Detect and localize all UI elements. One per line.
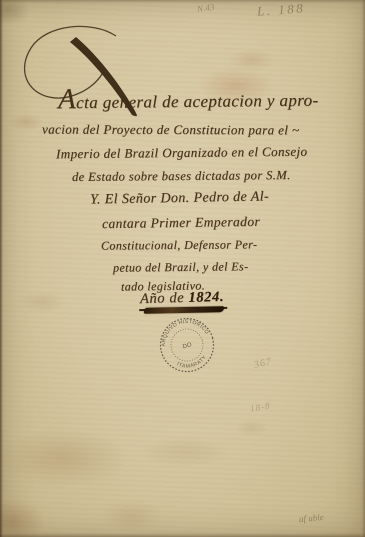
manuscript-line-5: Y. El Señor Don. Pedro de Al- (90, 189, 269, 208)
manuscript-line-7: Constitucional, Defensor Per- (101, 237, 257, 253)
stamp-arc-top-text: ARQUIVO HISTORICO (155, 313, 210, 348)
manuscript-line-3: Imperio del Brazil Organizado en el Cons… (56, 144, 308, 163)
year-value: 1824. (188, 289, 224, 306)
manuscript-page: N.43 L. 188 367 18-8 af uble Acta genera… (0, 0, 365, 537)
stamp-arc-bottom-text: ITAMARATY (175, 353, 210, 373)
manuscript-line-6: cantara Primer Emperador (102, 214, 260, 232)
manuscript-line-1: Acta general de aceptacion y apro- (58, 81, 319, 117)
stamp-center-text: DO (182, 342, 193, 350)
pencil-annotation-number: N.43 (196, 2, 214, 14)
manuscript-line-8: petuo del Brazil, y del Es- (113, 259, 249, 275)
manuscript-line-4: de Estado sobre bases dictadas por S.M. (72, 168, 291, 185)
pencil-annotation-folio: L. 188 (257, 0, 306, 19)
scribbled-out-text (144, 306, 225, 314)
pencil-annotation-low: 18-8 (249, 400, 271, 413)
archive-stamp: ARQUIVO HISTORICO ITAMARATY DO (151, 309, 223, 381)
year-label: Año de (140, 290, 189, 307)
pencil-annotation-mid: 367 (253, 356, 273, 371)
pencil-annotation-corner: af uble (299, 512, 325, 524)
manuscript-line-2: vacion del Proyecto de Constitucion para… (42, 122, 299, 139)
